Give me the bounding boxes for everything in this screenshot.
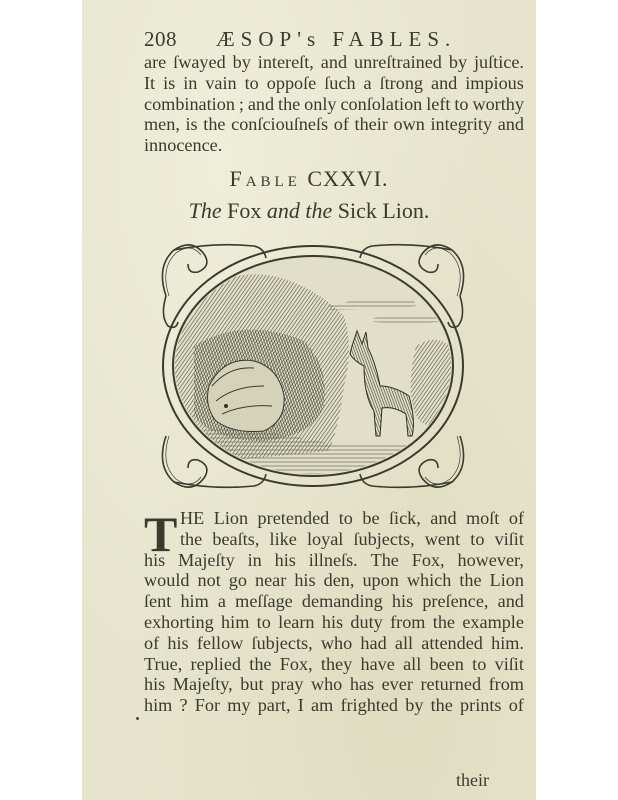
- text-line: combination;andtheonlyconſolationlefttow…: [144, 94, 524, 115]
- text-line: hisMajeſtyinhisillneſs.TheFox,however,: [144, 550, 524, 571]
- text-line: HELionpretendedtobeſick,andmoſtof: [144, 508, 524, 529]
- text-line: areſwayedbyintereſt,andunreſtrainedbyjuſ…: [144, 52, 524, 73]
- text-line: innocence.: [144, 135, 524, 156]
- fable-heading: Fable CXXVI.: [82, 166, 536, 192]
- title-roman-1: Fox: [227, 198, 261, 223]
- fable-title: The Fox and the Sick Lion.: [82, 198, 536, 224]
- title-italic-2: and the: [267, 198, 332, 223]
- woodcut-illustration: [154, 236, 472, 496]
- body-paragraph: HELionpretendedtobeſick,andmoſtof thebea…: [144, 508, 524, 716]
- margin-mark: [136, 717, 139, 720]
- text-line: True,repliedtheFox,theyhaveallbeentoviſi…: [144, 654, 524, 675]
- text-line: thebeaſts,likeloyalſubjects,wenttoviſit: [144, 529, 524, 550]
- text-line: hisMajeſty,butpraywhohaseverreturnedfrom: [144, 674, 524, 695]
- title-roman-2: Sick Lion.: [338, 198, 430, 223]
- text-line: exhortinghimtolearnhisdutyfromtheexample: [144, 612, 524, 633]
- text-line: ofhisfellowſubjects,whohadallattendedhim…: [144, 633, 524, 654]
- text-line: him?Formypart,Iamfrightedbytheprintsof: [144, 695, 524, 716]
- fable-label: Fable: [229, 166, 300, 191]
- running-title: ÆSOP's FABLES.: [216, 27, 456, 52]
- fable-number: CXXVI.: [307, 166, 388, 191]
- fox-and-lion-engraving-icon: [154, 236, 472, 496]
- text-line: men,istheconſciouſneſsoftheirownintegrit…: [144, 114, 524, 135]
- text-line: Itisinvaintooppoſeſuchaſtrongandimpious: [144, 73, 524, 94]
- title-italic-1: The: [189, 198, 222, 223]
- page-number: 208: [144, 27, 177, 52]
- text-line: ſenthimameſſagedemandinghispreſence,and: [144, 591, 524, 612]
- book-page: 208 ÆSOP's FABLES. areſwayedbyintereſt,a…: [82, 0, 536, 800]
- top-paragraph: areſwayedbyintereſt,andunreſtrainedbyjuſ…: [144, 52, 524, 156]
- running-header: 208 ÆSOP's FABLES.: [144, 27, 464, 51]
- catchword: their: [456, 770, 489, 791]
- text-line: wouldnotgonearhisden,uponwhichtheLion: [144, 570, 524, 591]
